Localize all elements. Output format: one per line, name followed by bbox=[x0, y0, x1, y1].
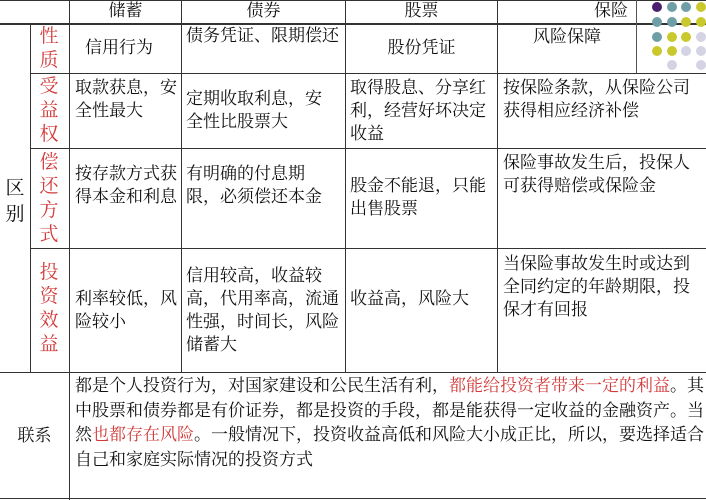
row-label-benefit: 受益权 bbox=[38, 74, 60, 146]
cell-savings-returns: 利率较低，风险较小 bbox=[75, 288, 179, 334]
cell-stocks-nature: 股份凭证 bbox=[346, 37, 497, 60]
cell-savings-repayment: 按存款方式获得本金和利息 bbox=[75, 163, 179, 209]
group-label-difference: 区别 bbox=[4, 175, 26, 227]
cell-insurance-nature: 风险保障 bbox=[498, 26, 636, 49]
cell-insurance-benefit: 按保险条款，从保险公司获得相应经济补偿 bbox=[503, 77, 703, 123]
header-insurance: 保险 bbox=[498, 0, 636, 23]
row-label-repayment: 偿还方式 bbox=[38, 150, 60, 246]
relation-label: 联系 bbox=[0, 425, 69, 448]
cell-stocks-returns: 收益高，风险大 bbox=[350, 288, 490, 311]
cell-savings-benefit: 取款获息，安全性最大 bbox=[75, 77, 179, 123]
col-divider bbox=[30, 24, 31, 372]
col-divider bbox=[69, 0, 70, 500]
cell-bonds-repayment: 有明确的付息期限，必须偿还本金 bbox=[186, 163, 336, 209]
header-divider bbox=[0, 23, 706, 25]
header-stocks: 股票 bbox=[346, 0, 497, 23]
row-divider bbox=[30, 148, 706, 149]
col-divider bbox=[497, 0, 498, 372]
relation-highlight-risk: 也都存在风险 bbox=[92, 425, 194, 445]
relation-highlight-benefit: 都能给投资者带来一定的利益 bbox=[449, 376, 670, 396]
relation-text-part: 都是个人投资行为，对国家建设和公民生活有利， bbox=[75, 376, 449, 396]
row-label-nature: 性质 bbox=[38, 24, 60, 72]
cell-savings-nature: 信用行为 bbox=[85, 37, 180, 60]
cell-insurance-repayment: 保险事故发生后，投保人可获得赔偿或保险金 bbox=[503, 152, 703, 198]
row-divider bbox=[30, 73, 706, 74]
header-savings: 储蓄 bbox=[70, 0, 181, 23]
cell-bonds-nature: 债务凭证、限期偿还 bbox=[186, 25, 342, 48]
header-bonds: 债券 bbox=[182, 0, 345, 23]
row-divider bbox=[0, 372, 706, 373]
row-divider bbox=[30, 248, 706, 249]
cell-stocks-benefit: 取得股息、分享红利，经营好坏决定收益 bbox=[350, 77, 494, 146]
cell-insurance-returns: 当保险事故发生时或达到全同约定的年龄期限，投保才有回报 bbox=[503, 253, 703, 322]
cell-bonds-benefit: 定期收取利息，安全性比股票大 bbox=[186, 88, 336, 134]
relation-text: 都是个人投资行为，对国家建设和公民生活有利，都能给投资者带来一定的利益。其中股票… bbox=[75, 374, 705, 472]
row-label-returns: 投资效益 bbox=[38, 260, 60, 356]
col-divider bbox=[181, 0, 182, 372]
cell-stocks-repayment: 股金不能退，只能出售股票 bbox=[350, 175, 490, 221]
cell-bonds-returns: 信用较高，收益较高，代用率高，流通性强，时间长，风险储蓄大 bbox=[186, 265, 344, 357]
col-divider bbox=[636, 0, 637, 73]
border-bottom bbox=[0, 498, 706, 499]
